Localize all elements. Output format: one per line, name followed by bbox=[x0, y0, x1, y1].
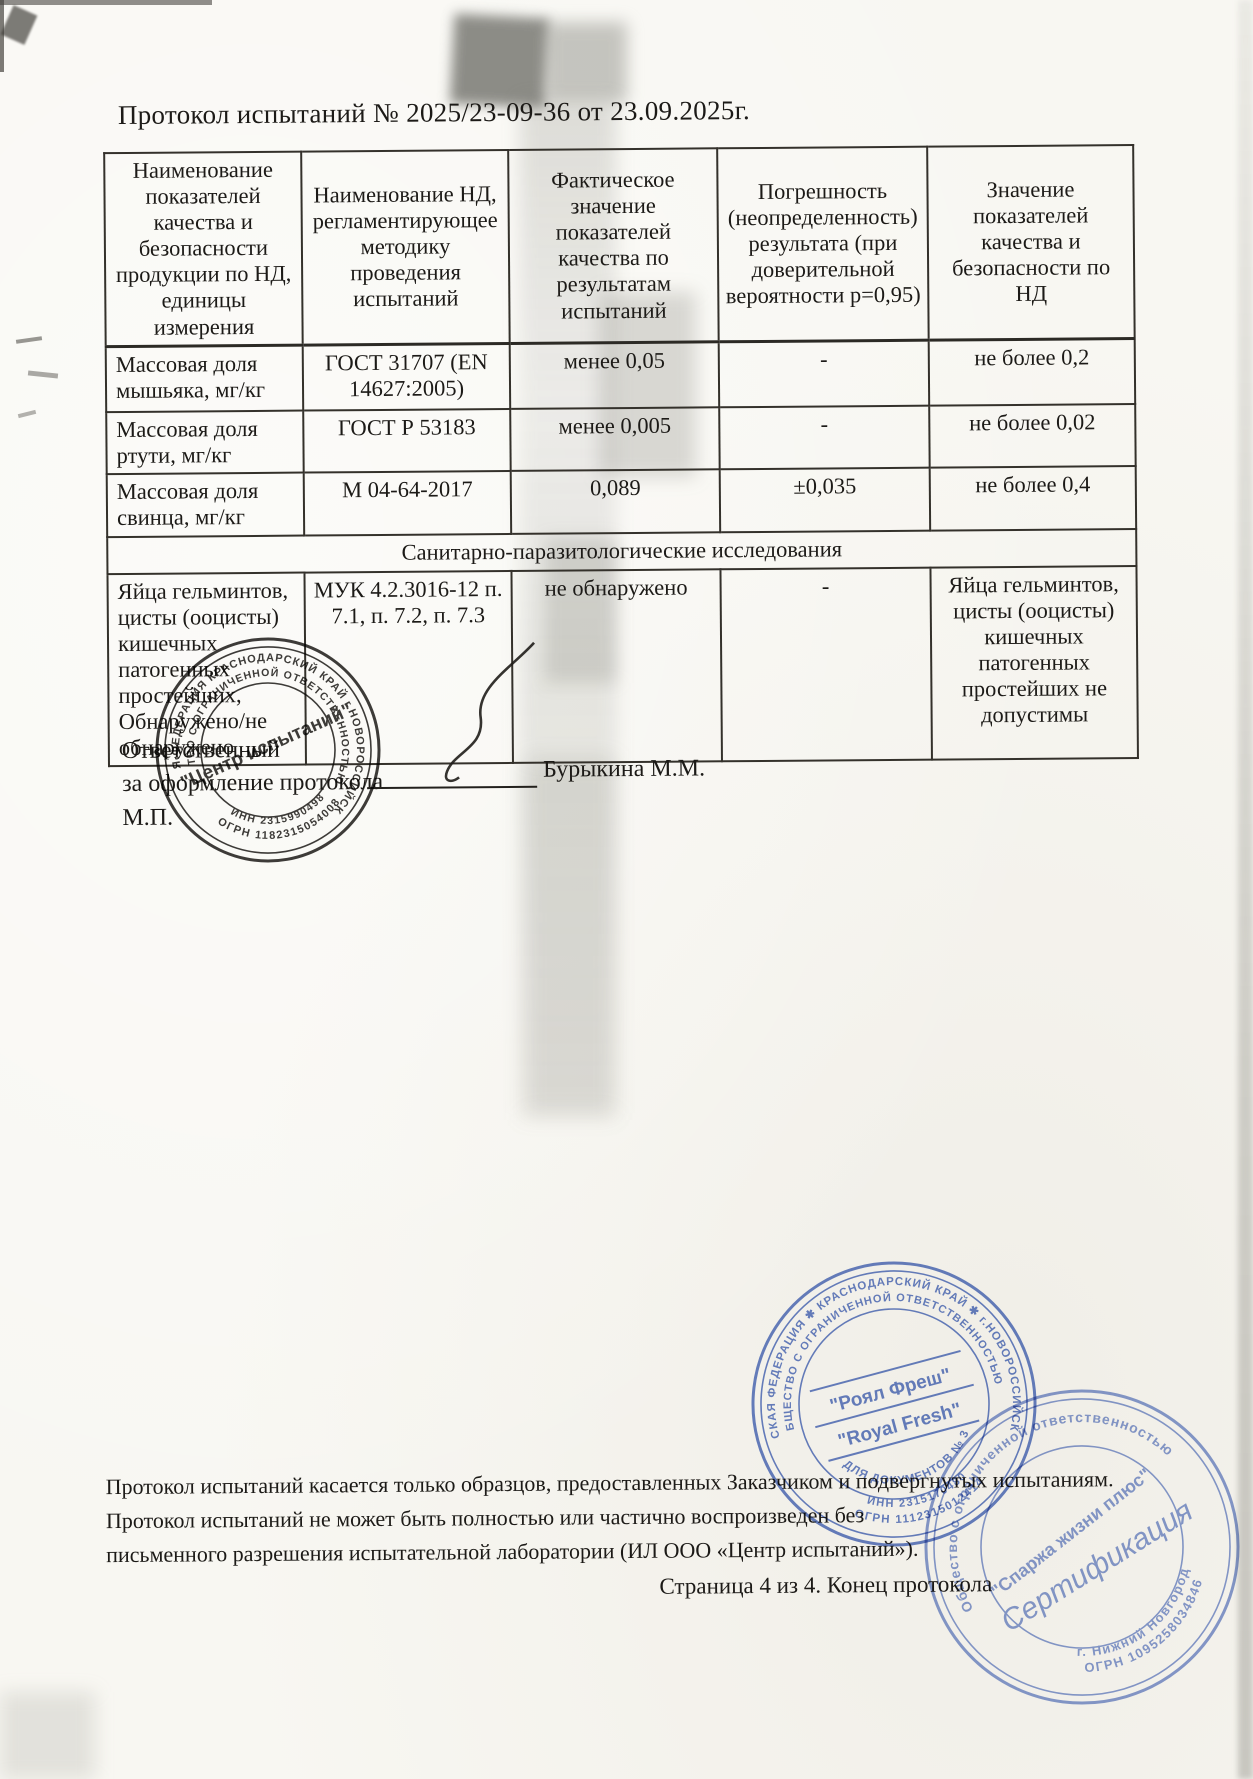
table-cell: Массовая доля ртути, мг/кг bbox=[106, 411, 303, 475]
table-cell: менее 0,05 bbox=[510, 341, 720, 409]
table-cell: Массовая доля свинца, мг/кг bbox=[107, 473, 304, 537]
header-cell-method: Наименование НД, регламентирующее методи… bbox=[301, 150, 510, 345]
table-cell: не более 0,2 bbox=[929, 338, 1136, 406]
table-cell: не более 0,4 bbox=[930, 466, 1136, 530]
table-cell: ГОСТ 31707 (EN 14627:2005) bbox=[303, 343, 511, 411]
table-cell: - bbox=[719, 406, 929, 470]
table-cell: Массовая доля мышьяка, мг/кг bbox=[106, 345, 304, 413]
header-cell-actual-value: Фактическое значение показателей качеств… bbox=[508, 148, 719, 343]
protocol-title: Протокол испытаний № 2025/23-09-36 от 23… bbox=[118, 95, 750, 131]
table-header-row: Наименование показателей качества и безо… bbox=[104, 145, 1134, 346]
table-cell: Яйца гельминтов, цисты (ооцисты) кишечны… bbox=[930, 566, 1138, 760]
table-row-lead: Массовая доля свинца, мг/кг М 04-64-2017… bbox=[107, 466, 1136, 536]
table-cell: не более 0,02 bbox=[929, 404, 1135, 468]
header-cell-indicator: Наименование показателей качества и безо… bbox=[104, 152, 303, 347]
table-cell: - bbox=[719, 340, 930, 408]
table-cell: М 04-64-2017 bbox=[304, 471, 511, 535]
lab-round-stamp: РОССИЙСКАЯ ФЕДЕРАЦИЯ КРАСНОДАРСКИЙ КРАЙ … bbox=[134, 616, 403, 885]
header-cell-uncertainty: Погрешность (неопределенность) результат… bbox=[717, 147, 929, 342]
footer-line2: Протокол испытаний не может быть полност… bbox=[106, 1502, 865, 1534]
signer-name: Бурыкина М.М. bbox=[543, 755, 705, 783]
table-cell: менее 0,005 bbox=[510, 407, 719, 471]
table-cell: не обнаружено bbox=[511, 569, 722, 763]
table-row-arsenic: Массовая доля мышьяка, мг/кг ГОСТ 31707 … bbox=[106, 338, 1135, 412]
table-cell: - bbox=[720, 567, 932, 761]
table-cell: ГОСТ Р 53183 bbox=[303, 409, 510, 473]
header-cell-nd-value: Значение показателей качества и безопасн… bbox=[927, 145, 1135, 340]
table-row-mercury: Массовая доля ртути, мг/кг ГОСТ Р 53183 … bbox=[106, 404, 1135, 474]
table-cell: ±0,035 bbox=[720, 468, 930, 532]
table-cell: 0,089 bbox=[511, 470, 720, 534]
scanned-protocol-page: Протокол испытаний № 2025/23-09-36 от 23… bbox=[0, 0, 1253, 1779]
